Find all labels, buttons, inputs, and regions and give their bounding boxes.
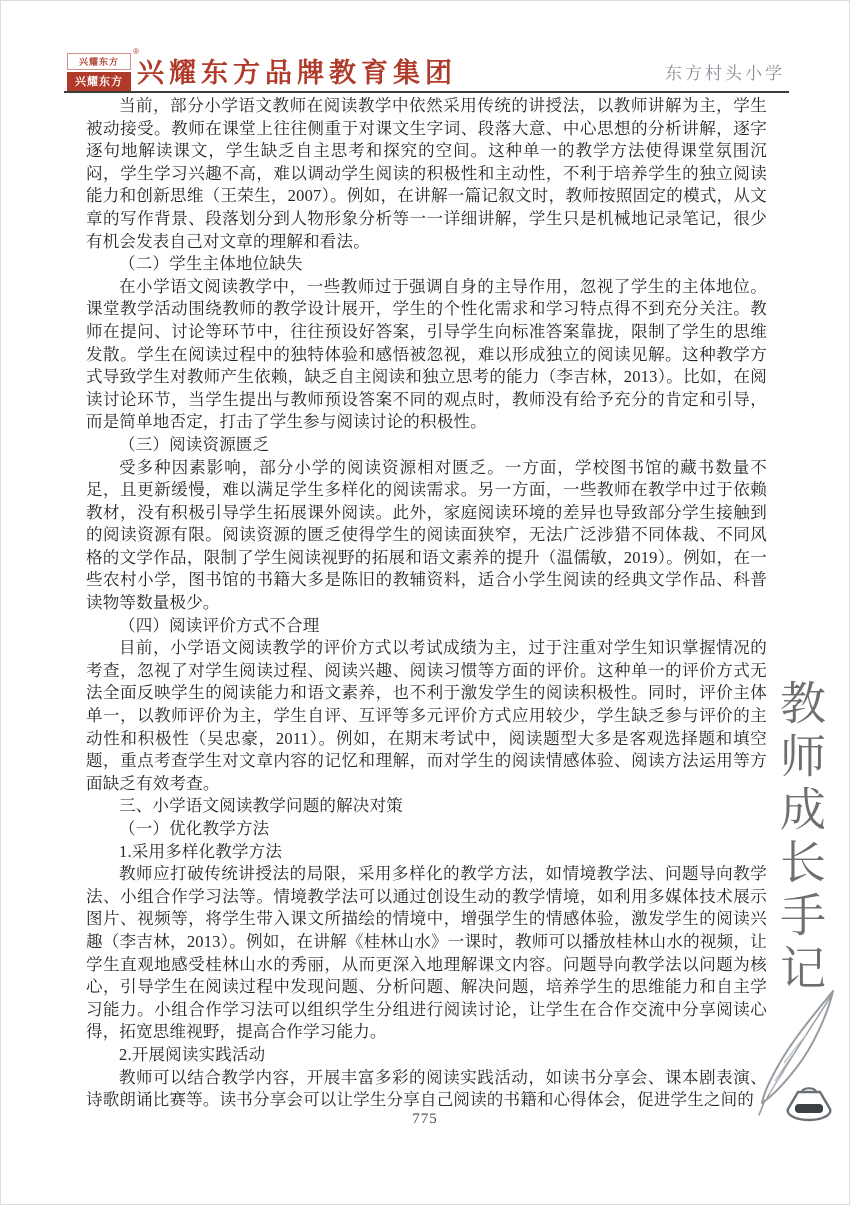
quill-pen-icon [754, 987, 846, 1129]
page-number: 775 [412, 1111, 438, 1127]
group-brand-title: 兴耀东方品牌教育集团 [137, 51, 457, 90]
paragraph: 教师可以结合教学内容，开展丰富多彩的阅读实践活动，如读书分享会、课本剧表演、诗歌… [86, 1067, 767, 1112]
section-heading: （二）学生主体地位缺失 [86, 253, 767, 276]
section-heading: （一）优化教学方法 [86, 818, 767, 841]
section-heading: 1.采用多样化教学方法 [86, 841, 767, 864]
paragraph: 教师应打破传统讲授法的局限，采用多样化的教学方法，如情境教学法、问题导向教学法、… [86, 863, 767, 1044]
header-divider [64, 91, 789, 93]
section-heading: （四）阅读评价方式不合理 [86, 615, 767, 638]
page-header: 兴耀东方 兴耀东方 ® 兴耀东方品牌教育集团 东方村头小学 [1, 1, 849, 93]
paragraph: 在小学语文阅读教学中，一些教师过于强调自身的主导作用，忽视了学生的主体地位。课堂… [86, 276, 767, 434]
paragraph: 目前，小学语文阅读教学的评价方式以考试成绩为主，过于注重对学生知识掌握情况的考查… [86, 637, 767, 795]
paragraph: 当前，部分小学语文教师在阅读教学中依然采用传统的讲授法，以教师讲解为主，学生被动… [86, 95, 767, 253]
seal-bottom-text: 兴耀东方 [67, 72, 131, 93]
brand-seal-logo: 兴耀东方 兴耀东方 ® [67, 53, 131, 95]
seal-top-text: 兴耀东方 [67, 53, 131, 70]
quill-inkwell-illustration [754, 987, 846, 1129]
vertical-calligraphy-title: 教师成长手记 [777, 679, 823, 999]
paragraph: 受多种因素影响，部分小学的阅读资源相对匮乏。一方面，学校图书馆的藏书数量不足，且… [86, 457, 767, 615]
section-heading: （三）阅读资源匮乏 [86, 434, 767, 457]
document-body: 当前，部分小学语文教师在阅读教学中依然采用传统的讲授法，以教师讲解为主，学生被动… [86, 95, 767, 1112]
section-heading: 三、小学语文阅读教学问题的解决对策 [86, 795, 767, 818]
school-name: 东方村头小学 [665, 59, 785, 84]
page-footer: 775 [1, 1111, 849, 1128]
document-page: 兴耀东方 兴耀东方 ® 兴耀东方品牌教育集团 东方村头小学 当前，部分小学语文教… [0, 0, 850, 1205]
section-heading: 2.开展阅读实践活动 [86, 1044, 767, 1067]
